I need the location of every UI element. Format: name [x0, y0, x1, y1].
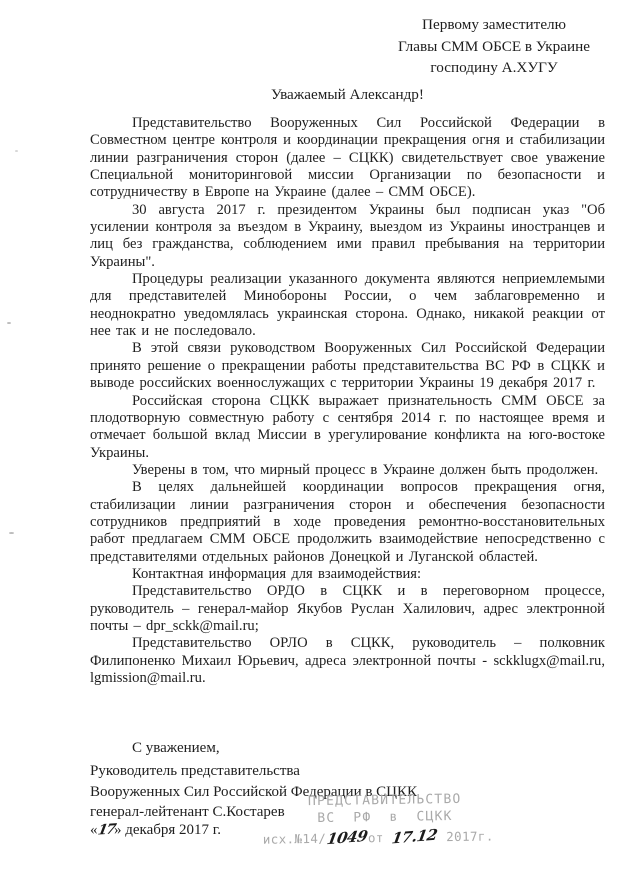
outgoing-stamp: ПРЕДСТАВИТЕЛЬСТВО ВС РФ в СЦКК исх.№14/1… [276, 791, 495, 847]
scan-artifact [15, 150, 18, 152]
paragraph-proposal: В целях дальнейшей координации вопросов … [90, 479, 605, 566]
paragraph-contact-header: Контактная информация для взаимодействия… [90, 566, 605, 583]
paragraph-peace: Уверены в том, что мирный процесс в Укра… [90, 462, 605, 479]
scan-artifact [7, 322, 11, 324]
paragraph-decree: 30 августа 2017 г. президентом Украины б… [90, 202, 605, 271]
paragraph-representation: Представительство Вооруженных Сил Россий… [90, 115, 605, 202]
paragraph-procedures: Процедуры реализации указанного документ… [90, 271, 605, 340]
stamp-number-line: исх.№14/1049от 17.12 2017г. [262, 826, 494, 847]
stamp-org-line: ПРЕДСТАВИТЕЛЬСТВО [276, 791, 494, 809]
stamp-number-prefix: исх.№14/ [263, 831, 327, 847]
handwritten-outgoing-number: 1049 [325, 827, 368, 848]
recipient-block: Первому заместителю Главы СММ ОБСЕ в Укр… [398, 14, 590, 79]
salutation: Уважаемый Александр! [90, 86, 605, 104]
recipient-line: Главы СММ ОБСЕ в Украине [398, 36, 590, 58]
paragraph-contact-ordo: Представительство ОРДО в СЦКК и в перего… [90, 583, 605, 635]
handwritten-stamp-date: 17.12 [391, 826, 439, 848]
signature-title: Руководитель представительства [90, 761, 417, 782]
paragraph-gratitude: Российская сторона СЦКК выражает признат… [90, 393, 605, 462]
date-line: «17» декабря 2017 г. [90, 822, 221, 839]
recipient-line: господину А.ХУГУ [398, 57, 590, 79]
scan-artifact [9, 532, 14, 534]
handwritten-day: 17 [96, 821, 116, 838]
date-rest: декабря 2017 г. [121, 822, 221, 838]
letter-body: Представительство Вооруженных Сил Россий… [90, 115, 605, 687]
recipient-line: Первому заместителю [398, 14, 590, 36]
stamp-unit-line: ВС РФ в СЦКК [276, 808, 494, 826]
stamp-year: 2017г. [446, 828, 494, 844]
stamp-ot-label: от [368, 830, 384, 845]
scanned-letter-page: Первому заместителю Главы СММ ОБСЕ в Укр… [0, 0, 630, 892]
closing-regards: С уважением, [132, 740, 220, 757]
paragraph-contact-orlo: Представительство ОРЛО в СЦКК, руководит… [90, 635, 605, 687]
paragraph-decision: В этой связи руководством Вооруженных Си… [90, 340, 605, 392]
